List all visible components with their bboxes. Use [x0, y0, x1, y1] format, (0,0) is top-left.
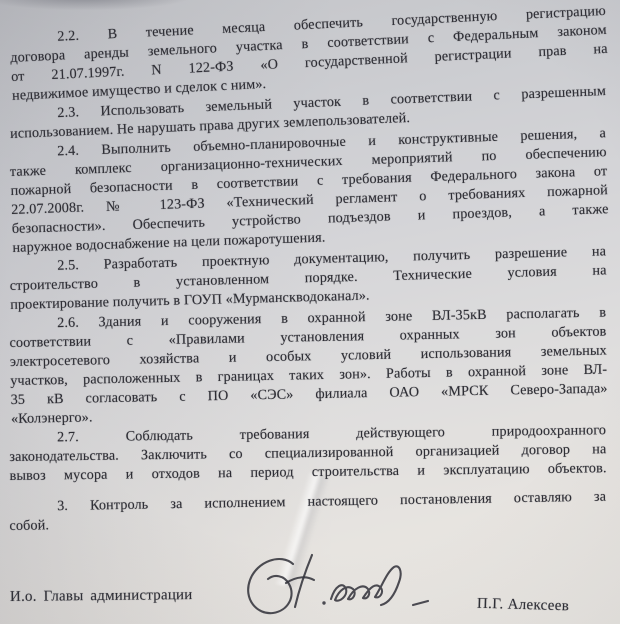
signature-ink	[227, 546, 439, 624]
signer-title: И.о. Главы администрации	[10, 587, 193, 606]
document-photo: 2.2. В течение месяца обеспечить государ…	[0, 0, 620, 624]
paragraph-2-6: 2.6. Здания и сооружения в охранной зоне…	[9, 304, 608, 429]
signer-name: П.Г. Алексеев	[477, 596, 570, 616]
paragraph-3: 3. Контроль за исполнением настоящего по…	[9, 488, 607, 536]
paragraph-2-4: 2.4. Выполнить объемно-планировочные и к…	[9, 124, 609, 258]
paragraph-2-7: 2.7. Соблюдать требования действующего п…	[9, 421, 607, 486]
document-text: 2.2. В течение месяца обеспечить государ…	[9, 30, 606, 536]
